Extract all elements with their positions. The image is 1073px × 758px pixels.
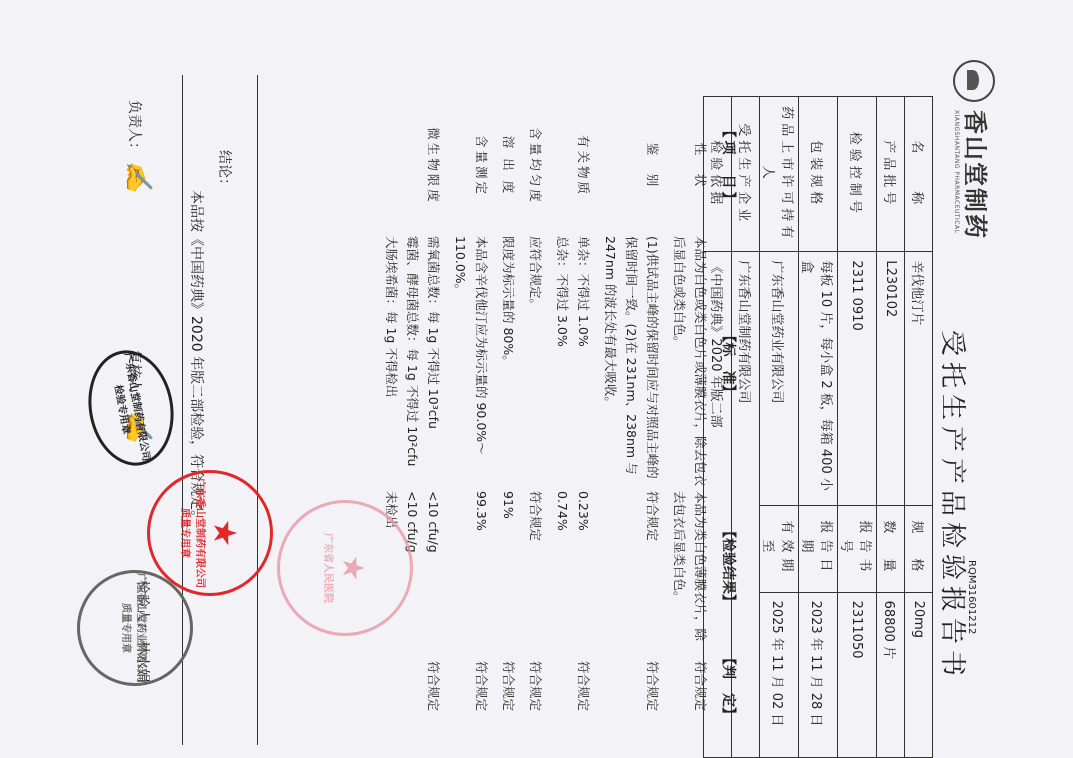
row-item — [402, 96, 423, 236]
table-row: 含量均匀度应符合规定。符合规定符合规定 — [525, 96, 546, 736]
row-item: 有关物质 — [573, 96, 594, 236]
row-verdict — [381, 641, 402, 731]
row-standard: 应符合规定。 — [525, 236, 546, 491]
company-logo: 香山堂制药 XIANGSHANTANG PHARMACEUTICAL — [953, 60, 995, 240]
row-result: 91% — [498, 491, 519, 641]
label-valid-until: 有效期至 — [760, 506, 799, 592]
row-item: 鉴 别 — [600, 96, 663, 236]
mah-stamp: 广东香山堂药业有限公司 质量专用章 — [77, 570, 193, 686]
value-mah: 广东香山堂药业有限公司 — [760, 252, 799, 506]
star-icon: ★ — [209, 473, 241, 593]
mah-stamp-text: 广东香山堂药业有限公司 质量专用章 — [120, 573, 150, 683]
row-verdict — [552, 641, 573, 731]
table-row: 含量测定本品含辛伐他汀应为标示量的 90.0%～110.0%。99.3%符合规定 — [450, 96, 492, 736]
row-verdict — [402, 641, 423, 731]
row-item: 含量测定 — [450, 96, 492, 236]
table-row: 霉菌、酵母菌总数：每 1g 不得过 10²cfu<10 cfu/g — [402, 96, 423, 736]
value-valid-until: 2025 年 11 月 02 日 — [760, 592, 799, 757]
star-icon: ★ — [338, 533, 368, 603]
label-quantity: 数 量 — [877, 506, 905, 592]
value-report-no: 2311050 — [838, 592, 877, 757]
value-batch: L230102 — [877, 252, 905, 506]
row-item: 溶 出 度 — [498, 96, 519, 236]
label-report-no: 报告书号 — [838, 506, 877, 592]
row-standard: 霉菌、酵母菌总数：每 1g 不得过 10²cfu — [402, 236, 423, 491]
value-control-no: 2311 0910 — [838, 252, 877, 506]
row-item — [552, 96, 573, 236]
row-result: 符合规定 — [525, 491, 546, 641]
label-packaging: 包装规格 — [799, 97, 838, 252]
doc-code: RQM31601212 — [966, 560, 977, 634]
table-row: 大肠埃希菌：每 1g 不得检出未检出 — [381, 96, 402, 736]
row-result: 0.23% — [573, 491, 594, 641]
row-result: 符合规定 — [600, 491, 663, 641]
value-quantity: 68800 片 — [877, 592, 905, 757]
inspection-stamp: 广东香山堂制药有限公司 检验专用章 — [80, 344, 183, 473]
label-mah: 药品上市许可持有人 — [760, 97, 799, 252]
row-result: 0.74% — [552, 491, 573, 641]
responsible-signature-mark: ✍ — [123, 160, 153, 192]
value-packaging: 每板 10 片，每小盒 2 板，每箱 400 小盒 — [799, 252, 838, 506]
value-report-date: 2023 年 11 月 28 日 — [799, 592, 838, 757]
row-item: 含量均匀度 — [525, 96, 546, 236]
responsible-label: 负责人： — [126, 100, 142, 156]
header-standard: 【标 准】 — [717, 236, 738, 491]
brand-name: 香山堂制药 — [960, 110, 995, 240]
results-header: 【项 目】 【标 准】 【检验结果】 【判 定】 — [717, 96, 738, 736]
pink-stamp-text: 广东省人民医院 — [323, 533, 338, 603]
row-result: <10 cfu/g — [423, 491, 444, 641]
row-verdict: 符合规定 — [600, 641, 663, 731]
qa-stamp: ★广东香山堂制药有限公司 质量专用章 — [147, 470, 273, 596]
results-table: 【项 目】 【标 准】 【检验结果】 【判 定】 性 状本品为白色或类白色片或薄… — [381, 96, 738, 736]
row-standard: 大肠埃希菌：每 1g 不得检出 — [381, 236, 402, 491]
row-verdict: 符合规定 — [498, 641, 519, 731]
conclusion-top-rule — [257, 75, 258, 745]
row-standard: 本品为白色或类白色片或薄膜衣片，除去包衣后显白色或类白色。 — [669, 236, 711, 491]
responsible-signature: 负责人： ✍ — [123, 100, 153, 193]
label-batch: 产品批号 — [877, 97, 905, 252]
label-control-no: 检验控制号 — [838, 97, 877, 252]
row-result: 99.3% — [450, 491, 492, 641]
label-product-name: 名 称 — [905, 97, 933, 252]
row-standard: 单杂：不得过 1.0% — [573, 236, 594, 491]
report-sheet: 香山堂制药 XIANGSHANTANG PHARMACEUTICAL 受托生产产… — [0, 0, 1073, 758]
header-result: 【检验结果】 — [717, 491, 738, 641]
table-row: 溶 出 度限度为标示量的 80%。91%符合规定 — [498, 96, 519, 736]
row-verdict: 符合规定 — [423, 641, 444, 731]
header-item: 【项 目】 — [717, 96, 738, 236]
pink-stamp: ★广东省人民医院 — [277, 500, 413, 636]
row-item: 微生物限度 — [423, 96, 444, 236]
row-standard: (1)供试品主峰的保留时间应与对照品主峰的保留时间一致。(2)在 231nm、2… — [600, 236, 663, 491]
row-verdict: 符合规定 — [525, 641, 546, 731]
conclusion: 结论： 本品按《中国药典》2020 年版二部检验，符合规定。 — [187, 150, 235, 524]
row-verdict: 符合规定 — [669, 641, 711, 731]
row-item: 性 状 — [669, 96, 711, 236]
row-verdict: 符合规定 — [450, 641, 492, 731]
table-row: 微生物限度需氧菌总数：每 1g 不得过 10³cfu<10 cfu/g符合规定 — [423, 96, 444, 736]
row-standard: 总杂：不得过 3.0% — [552, 236, 573, 491]
header-verdict: 【判 定】 — [717, 641, 738, 731]
table-row: 鉴 别(1)供试品主峰的保留时间应与对照品主峰的保留时间一致。(2)在 231n… — [600, 96, 663, 736]
brand-name-en: XIANGSHANTANG PHARMACEUTICAL — [953, 110, 960, 240]
inspection-stamp-text: 广东香山堂制药有限公司 检验专用章 — [107, 351, 156, 465]
row-item — [381, 96, 402, 236]
label-report-date: 报告日期 — [799, 506, 838, 592]
row-result: 本品为类白色薄膜衣片，除去包衣后显类白色。 — [669, 491, 711, 641]
row-verdict: 符合规定 — [573, 641, 594, 731]
row-standard: 本品含辛伐他汀应为标示量的 90.0%～110.0%。 — [450, 236, 492, 491]
table-row: 总杂：不得过 3.0%0.74% — [552, 96, 573, 736]
value-spec: 20mg — [905, 592, 933, 757]
row-standard: 限度为标示量的 80%。 — [498, 236, 519, 491]
label-spec: 规 格 — [905, 506, 933, 592]
table-row: 有关物质单杂：不得过 1.0%0.23%符合规定 — [573, 96, 594, 736]
row-standard: 需氧菌总数：每 1g 不得过 10³cfu — [423, 236, 444, 491]
qa-stamp-text: 广东香山堂制药有限公司 质量专用章 — [179, 473, 209, 593]
value-product-name: 辛伐他汀片 — [905, 252, 933, 506]
conclusion-label: 结论： — [216, 150, 232, 192]
table-row: 性 状本品为白色或类白色片或薄膜衣片，除去包衣后显白色或类白色。本品为类白色薄膜… — [669, 96, 711, 736]
mountain-emblem-icon — [953, 60, 995, 102]
